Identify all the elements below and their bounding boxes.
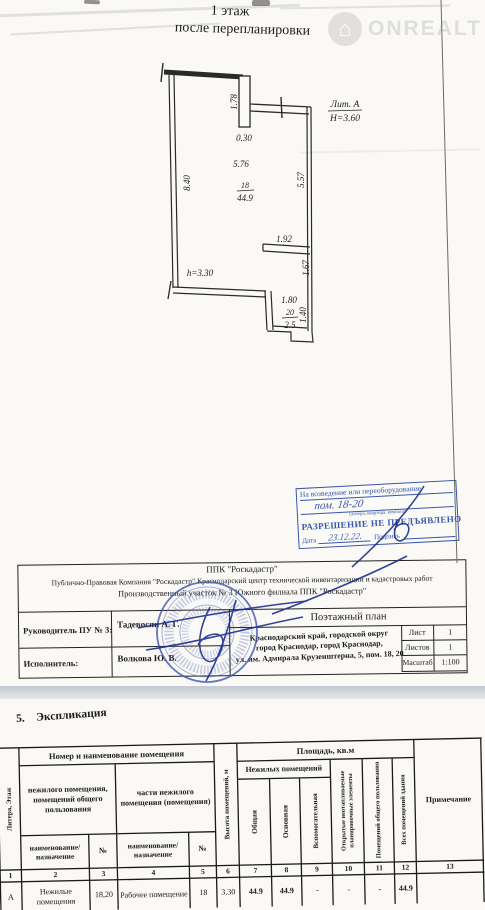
floor-title: 1 этаж <box>160 2 300 22</box>
grid-line <box>19 645 230 649</box>
dim-1-78: 1.78 <box>229 94 239 110</box>
document-title: Поэтажный план <box>229 610 468 624</box>
row-common-area: - <box>365 876 396 903</box>
col-num: 7 <box>239 865 271 878</box>
header-common-use: Помещений общего пользования <box>363 759 394 862</box>
header-name-purpose-1: наименование/ назначение <box>22 836 89 867</box>
floor-plan: 1.78 0.30 5.76 18 44.9 8.40 5.57 Лит. А … <box>140 55 480 355</box>
header-no-1: № <box>89 836 118 867</box>
header-part-nonresidential: части нежилого помещения (помещения) <box>117 766 213 830</box>
col-num: 8 <box>271 864 301 877</box>
scale-label: Масштаб <box>400 658 434 667</box>
litera-label: Лит. А <box>330 100 360 110</box>
row-height: 3.30 <box>217 879 241 905</box>
header-height: Высота помещений, м <box>215 744 240 864</box>
row-nonres-name: Нежилые помещения <box>24 883 89 910</box>
row-litera: А <box>0 884 22 910</box>
stamp-handwritten-rooms: пом. 18-20 <box>314 498 364 513</box>
row-aux-area: - <box>302 877 334 904</box>
col-num: 10 <box>332 863 364 876</box>
dim-5-76: 5.76 <box>233 159 249 169</box>
dim-8-40: 8.40 <box>182 175 192 191</box>
dim-1-40: 1.40 <box>298 307 308 323</box>
col-num: 11 <box>364 862 394 875</box>
sheet-value: 1 <box>434 627 466 636</box>
grid-line <box>111 611 113 677</box>
row-part-name: Рабочее помещение <box>120 881 189 908</box>
explication-table: Литера, Этаж Номер и наименование помеще… <box>0 730 485 910</box>
header-nonres-area: Нежилых помещений <box>237 760 330 778</box>
header-nonresidential: нежилого помещения, помещений общего пол… <box>22 768 113 832</box>
col-num: 13 <box>416 860 483 873</box>
room20-number: 20 <box>286 308 294 317</box>
dim-1-92: 1.92 <box>276 234 292 244</box>
section-number: 5. <box>16 713 25 726</box>
dim-0-30: 0.30 <box>236 133 252 143</box>
row-all-area: 44.9 <box>395 875 418 901</box>
dim-1-67: 1.67 <box>301 260 311 276</box>
header-open-elements: Открытые неотапливаемые планировочные эл… <box>331 760 364 863</box>
col-num: 9 <box>301 863 332 876</box>
cutoff-text-fragment <box>84 0 100 4</box>
row-total-area: 44.9 <box>240 879 273 906</box>
row-main-area: 44.9 <box>272 878 303 905</box>
role-executor-label: Исполнитель: <box>23 658 78 669</box>
row-part-no: 18 <box>190 880 218 907</box>
header-total: Общая <box>238 780 272 865</box>
section-heading: 5. Экспликация <box>16 707 107 725</box>
row-note <box>417 874 485 901</box>
col-litera-header: Литера, Этаж <box>0 749 21 869</box>
col-num: 5 <box>189 866 216 879</box>
stamp-date-label: Дата <box>302 536 316 545</box>
sheet-label: Лист <box>401 628 433 637</box>
stamp-date-value: 23.12.22. <box>318 530 371 544</box>
floor-subtitle: после перепланировки <box>150 20 335 41</box>
role-head-label: Руководитель ПУ № 3: <box>23 625 112 636</box>
org-name-3: Производственный участок № 3 Южного фили… <box>19 585 466 599</box>
col-num: 2 <box>21 868 89 881</box>
scale-value: 1:100 <box>434 657 466 666</box>
inner-height: h=3.30 <box>187 268 214 278</box>
scanned-document: ⌂ ONREALT 1 этаж после перепланировки <box>0 0 485 910</box>
watermark: ⌂ ONREALT <box>328 12 482 46</box>
header-note: Примечание <box>414 739 483 860</box>
plan-fraction-lines <box>237 110 362 318</box>
page-separator <box>0 686 485 699</box>
row-open-area: - <box>333 877 366 904</box>
col-num: 1 <box>0 870 22 882</box>
room18-number: 18 <box>241 181 249 190</box>
row-nonres-no: 18,20 <box>90 882 119 909</box>
watermark-text: ONREALT <box>368 17 482 41</box>
dim-1-80: 1.80 <box>281 295 297 305</box>
head-name: Тадевосян А. Г. <box>117 619 180 630</box>
col-num: 3 <box>89 868 117 881</box>
stamp-sign-label: Подпись <box>374 532 400 541</box>
col-num: 12 <box>394 861 416 873</box>
header-no-2: № <box>189 834 217 865</box>
sheets-value: 1 <box>434 642 466 651</box>
col-num: 4 <box>117 866 189 880</box>
room18-area: 44.9 <box>237 193 253 203</box>
header-main: Основная <box>270 779 302 864</box>
sheets-label: Листов <box>401 643 433 652</box>
header-name-purpose-2: наименование/ назначение <box>118 834 189 865</box>
header-all-building: Всех помещений здания <box>392 759 416 861</box>
title-block: ППК "Роскадастр" Публично-Правовая Компа… <box>17 559 467 678</box>
stamp-signature-line <box>403 536 455 540</box>
permission-stamp: На возведение или переоборудование пом. … <box>296 480 460 549</box>
dim-5-57: 5.57 <box>296 172 306 188</box>
header-auxiliary: Вспомогательная <box>300 778 333 863</box>
col-num: 6 <box>216 865 239 877</box>
scan-streak <box>280 5 450 10</box>
grid-line <box>402 670 467 672</box>
object-address: Краснодарский край, городской округ горо… <box>233 628 406 666</box>
executor-name: Волкова Ю. В. <box>117 653 176 664</box>
room20-area: 2.5 <box>284 320 296 330</box>
litera-height: Н=3.60 <box>329 114 360 124</box>
section-title: Экспликация <box>36 707 107 724</box>
